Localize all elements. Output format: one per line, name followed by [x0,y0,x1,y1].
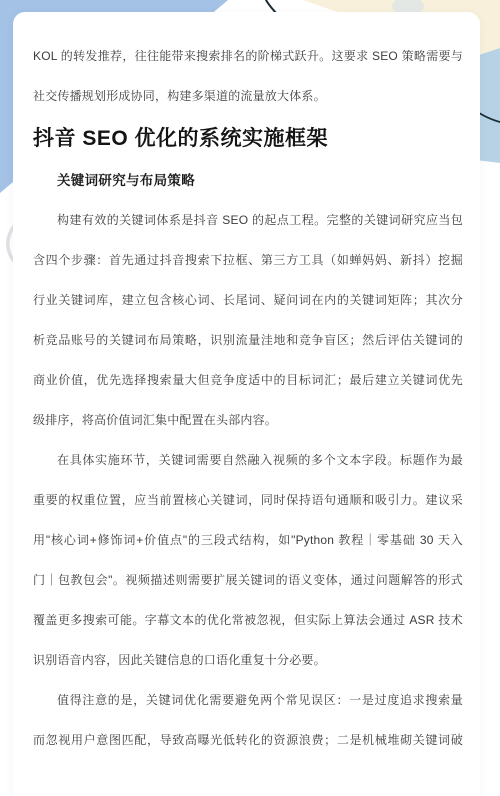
body-line: 含四个步骤：首先通过抖音搜索下拉框、第三方工具（如蝉妈妈、新抖）挖掘 [33,240,463,280]
body-line: 商业价值，优先选择搜索量大但竞争度适中的目标词汇；最后建立关键词优先 [33,360,463,400]
section-heading: 抖音 SEO 优化的系统实施框架 [33,116,463,162]
body-line: 用"核心词+修饰词+价值点"的三段式结构，如"Python 教程｜零基础 30 … [33,520,463,560]
body-line: 在具体实施环节，关键词需要自然融入视频的多个文本字段。标题作为最 [33,440,463,480]
body-line: 析竞品账号的关键词布局策略，识别流量洼地和竞争盲区；然后评估关键词的 [33,320,463,360]
body-line: 级排序，将高价值词汇集中配置在头部内容。 [33,400,463,440]
body-line: 构建有效的关键词体系是抖音 SEO 的起点工程。完整的关键词研究应当包 [33,200,463,240]
body-line: 重要的权重位置，应当前置核心关键词，同时保持语句通顺和吸引力。建议采 [33,480,463,520]
body-line: 识别语音内容，因此关键信息的口语化重复十分必要。 [33,640,463,680]
body-line: 而忽视用户意图匹配，导致高曝光低转化的资源浪费；二是机械堆砌关键词破 [33,720,463,760]
body-line: 覆盖更多搜索可能。字幕文本的优化常被忽视，但实际上算法会通过 ASR 技术 [33,600,463,640]
document-card: KOL 的转发推荐，往往能带来搜索排名的阶梯式跃升。这要求 SEO 策略需要与 … [13,12,480,796]
body-line: 行业关键词库，建立包含核心词、长尾词、疑问词在内的关键词矩阵；其次分 [33,280,463,320]
body-line: 门｜包教包会"。视频描述则需要扩展关键词的语义变体，通过问题解答的形式 [33,560,463,600]
body-line: KOL 的转发推荐，往往能带来搜索排名的阶梯式跃升。这要求 SEO 策略需要与 [33,36,463,76]
body-line: 社交传播规划形成协同，构建多渠道的流量放大体系。 [33,76,463,116]
body-line: 值得注意的是，关键词优化需要避免两个常见误区：一是过度追求搜索量 [33,680,463,720]
subsection-heading: 关键词研究与布局策略 [57,162,463,200]
